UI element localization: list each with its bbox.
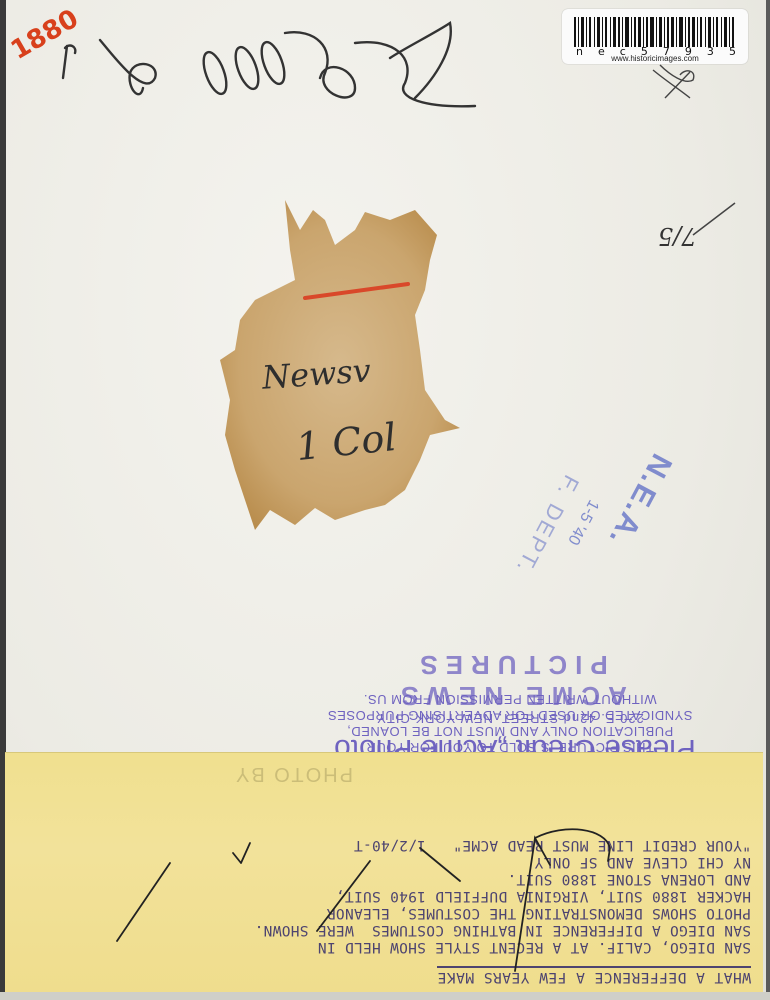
barcode-icon <box>574 17 736 47</box>
pencil-scrawl-top <box>55 18 485 108</box>
scan-edge-bottom <box>0 992 770 1000</box>
stain-note-newsv: Newsv <box>261 351 372 396</box>
pencil-scribble-icon <box>645 60 705 110</box>
barcode-label: n e c 5 7 9 3 5 www.historicimages.com <box>562 9 748 64</box>
caption-slip: WHAT A DEFFERENCE A FEW YEARS MAKE SAN D… <box>5 752 763 993</box>
red-pencil-line <box>300 280 415 305</box>
nea-stamp-org: N.E.A. <box>601 448 678 553</box>
stamp-address: 220 E. 42nd STREET, NEW YORK CITY <box>290 711 730 726</box>
stamp-agency-name: ACME NEWS PICTURES <box>290 649 730 711</box>
acme-stamp-header: Please Credit „Acme Photo” 220 E. 42nd S… <box>290 660 730 760</box>
pencil-checkmarks <box>5 753 763 993</box>
scan-edge-right <box>766 0 770 1000</box>
pencil-stroke <box>690 200 740 240</box>
